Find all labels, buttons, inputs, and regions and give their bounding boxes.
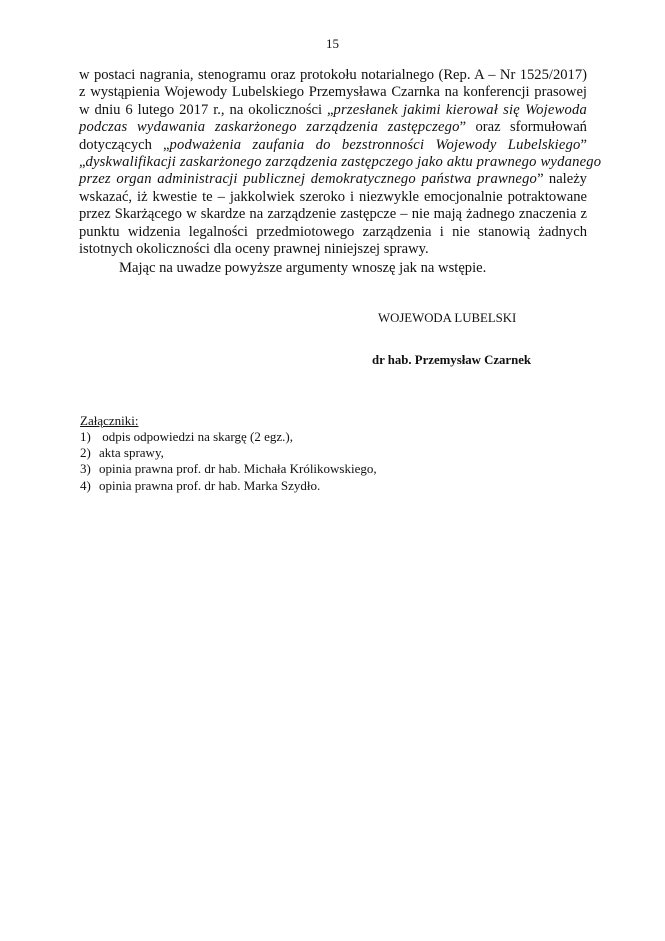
attachments-heading: Załączniki:	[80, 413, 377, 429]
text-run: w dniu 6 lutego 2017 r., na okoliczności…	[79, 102, 333, 118]
body-paragraph: w postaci nagrania, stenogramu oraz prot…	[79, 67, 587, 258]
text-run: istotnych okoliczności dla oceny prawnej…	[79, 241, 429, 257]
attachment-text: akta sprawy,	[99, 445, 164, 460]
page-number: 15	[0, 36, 665, 52]
attachment-item: 4)opinia prawna prof. dr hab. Marka Szyd…	[80, 478, 377, 494]
text-run: z wystąpienia Wojewody Lubelskiego Przem…	[79, 84, 587, 100]
attachment-number: 4)	[80, 478, 99, 494]
attachments-section: Załączniki: 1) odpis odpowiedzi na skarg…	[80, 413, 377, 494]
attachment-text: opinia prawna prof. dr hab. Michała Król…	[99, 461, 377, 476]
paragraph-line: wskazać, iż kwestie te – jakkolwiek szer…	[79, 189, 587, 206]
attachment-number: 2)	[80, 445, 99, 461]
attachments-list: 1) odpis odpowiedzi na skargę (2 egz.), …	[80, 429, 377, 494]
paragraph-line: w postaci nagrania, stenogramu oraz prot…	[79, 67, 587, 84]
paragraph-line: podczas wydawania zaskarżonego zarządzen…	[79, 119, 587, 136]
text-run: wskazać, iż kwestie te – jakkolwiek szer…	[79, 189, 587, 205]
attachment-item: 2)akta sprawy,	[80, 445, 377, 461]
signature-title: WOJEWODA LUBELSKI	[378, 311, 516, 326]
text-run: ” oraz sformułowań	[460, 119, 587, 135]
attachment-number: 1)	[80, 429, 99, 445]
quoted-phrase: przesłanek jakimi kierował się Wojewoda	[333, 102, 587, 118]
attachment-item: 1) odpis odpowiedzi na skargę (2 egz.),	[80, 429, 377, 445]
paragraph-line: przez Skarżącego w skardze na zarządzeni…	[79, 206, 587, 223]
text-run: ”	[581, 137, 587, 153]
paragraph-line: punktu widzenia legalności przedmiotoweg…	[79, 224, 587, 241]
attachment-text: opinia prawna prof. dr hab. Marka Szydło…	[99, 478, 320, 493]
paragraph-line: przez organ administracji publicznej dem…	[79, 171, 587, 188]
text-run: ” należy	[537, 171, 587, 187]
quoted-phrase: przez organ administracji publicznej dem…	[79, 171, 537, 187]
paragraph-line: w dniu 6 lutego 2017 r., na okoliczności…	[79, 102, 587, 119]
text-run: w postaci nagrania, stenogramu oraz prot…	[79, 67, 587, 83]
quoted-phrase: podważenia zaufania do bezstronności Woj…	[169, 137, 580, 153]
attachment-item: 3)opinia prawna prof. dr hab. Michała Kr…	[80, 461, 377, 477]
text-run: punktu widzenia legalności przedmiotoweg…	[79, 224, 587, 240]
conclusion-sentence: Mając na uwadze powyższe argumenty wnosz…	[119, 260, 486, 277]
attachment-text: odpis odpowiedzi na skargę (2 egz.),	[99, 429, 293, 444]
attachment-number: 3)	[80, 461, 99, 477]
paragraph-line: „dyskwalifikacji zaskarżonego zarządzeni…	[79, 154, 587, 171]
paragraph-line: istotnych okoliczności dla oceny prawnej…	[79, 241, 587, 258]
text-run: dotyczących „	[79, 137, 169, 153]
quoted-phrase: podczas wydawania zaskarżonego zarządzen…	[79, 119, 460, 135]
paragraph-line: dotyczących „podważenia zaufania do bezs…	[79, 137, 587, 154]
paragraph-line: z wystąpienia Wojewody Lubelskiego Przem…	[79, 84, 587, 101]
quoted-phrase: dyskwalifikacji zaskarżonego zarządzenia…	[85, 154, 601, 170]
text-run: przez Skarżącego w skardze na zarządzeni…	[79, 206, 587, 222]
signature-name: dr hab. Przemysław Czarnek	[372, 353, 531, 368]
